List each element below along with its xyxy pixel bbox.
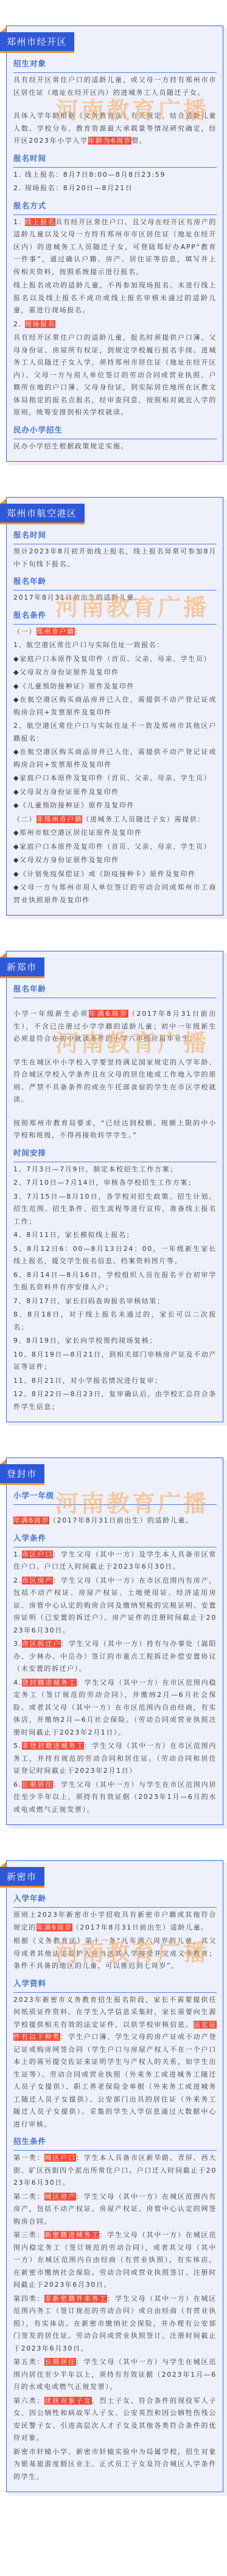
text-run: （二） [13,815,37,823]
text-run: ◆《儿童预防接种证》原件及复印件 [13,801,134,809]
paragraph: 第四类：非新密籍外来务工：学生父母（其中一方）在城区范围内务工（签订规范的劳动合… [13,2293,217,2355]
text-run: 6. [13,1781,22,1789]
paragraph: ◆家庭户口本原件及复印件（首页、父亲、母亲、学生页） [13,653,217,666]
paragraph: ◆父母双方身份证原件及复印件 [13,666,217,679]
paragraph: 7、8月17日，家长扫码查询报名审核结果； [13,1295,217,1308]
paragraph: 5、8月12日6：00—8月13日24：00，一年级新生家长线上报名，提交学生报… [13,1243,217,1268]
text-run: 第二类： [13,2193,44,2201]
section-heading: 入学条件 [13,1532,217,1547]
paragraph: 8、8月18日，对于线上报名未通过的，家长可以二次报名； [13,1309,217,1334]
paragraph: 12、8月22日—8月23日，复审确认后，由学校汇总符合条件学生信息； [13,1388,217,1413]
text-run: 线上报名成功的适龄儿童，不再参加现场报名。未进行线上报名以及线上报名不成功或线上… [13,281,217,314]
section-heading: 小学一年级 [13,1490,217,1505]
highlight-label: 市区拆迁户 [22,1640,61,1648]
text-run: 新密市轩辕小学、新密市轩辕实验中为局属学校，招生对象为银基旅游度假区业主、正式员… [13,2448,217,2481]
highlight-label: 登封籍进城务工 [22,1679,77,1687]
text-run: 12、8月22日—8月23日，复审确认后，由学校汇总符合条件学生信息； [13,1390,217,1411]
paragraph: 6.长期居住：学生父母（其中一方）与学生在市区范围内居住至少半年以上，须持有有效… [13,1779,217,1817]
highlight-label: 非新密籍外来务工 [44,2295,107,2303]
paragraph: 6、8月14日—8月16日，学校组织人员在报名平台初审学生报名资料并有序安排入户… [13,1269,217,1294]
paragraph: 按照郑州市教育局要求，“已经达到校额、班额上限的中小学校和班级，不得再接收转学学… [13,1117,217,1142]
text-run: 10、8月19日—8月21日，到相关部门审核房产证及不动产证等证件； [13,1351,217,1371]
district-card-body: 郑州市航空港区报名时间预计2023年8月初开始线上报名，线上报名异常可参加8月中… [6,497,223,916]
highlight-label: 市区户口 [22,1550,53,1558]
paragraph: 具有经开区常住户口的适龄儿童，报名时须提供户口簿、父母身份证、房屋所有权证，到规… [13,332,217,419]
text-run: 民办小学招生根据政策规定实施。 [13,442,128,450]
paragraph: ◆父母双方身份证原件及复印件 [13,854,217,867]
article-page: 郑州市经开区招生对象具有经开区常住户口的适龄儿童，或父母一方持有郑州市市区居住证… [0,0,227,2576]
text-run: 第一类： [13,2154,44,2162]
paragraph: 4.登封籍进城务工：学生父母（其中一方）在市区范围内稳定务工（签订规范的劳动合同… [13,1677,217,1739]
text-run: ：学生父母（其中一方）在市区范围内有房产，包括不动产权证、房屋产权证、土地使用证… [13,1577,217,1634]
paragraph: 学生在城区中小学校入学要坚持满足国家规定的入学年龄、符合城区学校入学条件且在父母… [13,1057,217,1106]
paragraph: ◆父母双方身份证原件及复印件 [13,786,217,799]
text-run: 9、8月19日，家长向学校预约现场复核； [13,1337,157,1345]
paragraph: 根据《义务教育法》第十一条“凡年满六周岁的儿童，其父母或者其他法定监护人应当送其… [13,1935,217,1973]
text-run: 5. [13,1742,22,1750]
text-run: 具有经开区常住户口的适龄儿童，报名时须提供户口簿、父母身份证、房屋所有权证，到规… [13,334,217,416]
text-run: 1、7月3日—7月9日，制定本校招生工作方案； [13,1165,178,1173]
highlight-label: 非登封籍进城务工 [22,1742,85,1750]
paragraph: （一）郑州市户籍： [13,626,217,639]
text-run: ◆《计划免疫保偿证》或《防疫接种卡》原件及复印件 [13,870,196,878]
text-run: ◆《儿童预防接种证》原件及复印件 [13,682,134,690]
district-card-body: 登封市小学一年级年满6周岁（2017年8月31日前出生）的适龄儿童。入学条件1.… [6,1458,223,1825]
spacer [13,1505,217,1513]
highlight-label: 优抚对象子女 [44,2397,91,2405]
text-run: 4. [13,1679,22,1687]
highlight-label: 线上报名 [25,218,55,226]
text-run: 第三类： [13,2231,44,2239]
paragraph: 民办小学招生根据政策规定实施。 [13,440,217,453]
district-title-tag: 郑州市经开区 [0,32,74,53]
paragraph: 新密市轩辕小学、新密市轩辕实验中为局属学校，招生对象为银基旅游度假区业主、正式员… [13,2446,217,2484]
spacer [13,998,217,1007]
text-run: 具有经开区常住户口的适龄儿童，或父母一方持有郑州市市区居住证（地址在经开区内）的… [13,76,217,97]
section-heading: 报名年龄 [13,575,217,591]
text-run: ◆在航空港区购买商品房并已入住，需提供不动产登记证或购房合同+发票原件及复印件 [13,696,217,716]
paragraph: 2023年新密市义务教育招生报名阶段，家长不需要提供任何纸质证件资料。在学生入学… [13,1994,217,2131]
section-heading: 报名时间 [13,152,217,168]
text-run: ◆父母一方与郑州市用人单位签订的劳动合同或郑州市工商营业执照原件及复印件 [13,883,217,904]
paragraph: 5.非登封籍进城务工：学生父母（其中一方）在市区范围内务工，并持有规范的劳动合同… [13,1740,217,1778]
text-run: 根据《义务教育法》第十一条“凡年满六周岁的儿童，其父母或者其他法定监护人应当送其… [13,1937,217,1970]
text-run: 3. [13,1640,22,1648]
district-card-body: 郑州市经开区招生对象具有经开区常住户口的适龄儿童，或父母一方持有郑州市市区居住证… [6,26,223,462]
paragraph: ◆家庭户口本原件及复印件（首页、父亲、母亲、学生页） [13,841,217,854]
section-heading: 招生对象 [13,58,217,73]
paragraph: 原则上2023年新密市小学招收具有新密市户籍或其他符合规定的年满6周岁（2017… [13,1909,217,1934]
text-run: （2017年8月31日前出生）的适龄儿童。 [49,1516,194,1524]
spacer [13,100,217,109]
tag-corner-decoration [0,953,6,957]
paragraph: 第二类：城区房产：学生父母（其中一方）在城区范围内有房产，包括不动产权证、房屋产… [13,2191,217,2228]
highlight-label: 城区房产 [44,2193,75,2201]
paragraph: ◆郑州市航空港区居住证原件及复印件 [13,827,217,840]
text-run: （进城务工人员随迁子女）需提供： [82,815,205,823]
highlight-label: 年满6周岁 [89,1010,128,1018]
paragraph: 年满6周岁（2017年8月31日前出生）的适龄儿童。 [13,1515,217,1527]
tag-corner-decoration [0,499,6,504]
text-run: 2、7月10日—7月14日，审核各学校招生工作方案； [13,1179,196,1187]
paragraph: 2、7月10日—7月14日，审核各学校招生工作方案； [13,1177,217,1190]
district-title-tag: 登封市 [0,1464,44,1485]
text-run: 按照郑州市教育局要求，“已经达到校额、班额上限的中小学校和班级，不得再接收转学学… [13,1119,217,1140]
section-heading: 报名时间 [13,529,217,544]
paragraph: 11、8月21日，对小学报名情况进行复审； [13,1375,217,1388]
tag-corner-decoration [0,27,6,32]
section-heading: 报名方式 [13,200,217,215]
text-run: （一） [13,628,37,635]
text-run: ◆家庭户口本原件及复印件（首页、父亲、母亲、学生页） [13,655,211,663]
paragraph: 2017年8月31日前出生的适龄儿童。 [13,592,217,605]
text-run: ◆家庭户口本原件及复印件（首页、父亲、母亲、学生页） [13,774,211,782]
spacer [13,1108,217,1116]
tag-corner-decoration [0,1459,6,1464]
paragraph: 第一类：城区户口：学生本人具备市区新华路、青屏、西大街、矿区西街四个派出所常住户… [13,2152,217,2190]
text-run: 1. [13,1550,22,1558]
text-run: ◆父母双方身份证原件及复印件 [13,788,119,796]
paragraph: 2、航空港区常住户口与实际住址不一致及郑州市其他区户籍报名： [13,720,217,745]
paragraph: ◆在航空港区购买商品房并已入住，需提供不动产登记证或购房合同+发票原件及复印件 [13,746,217,771]
text-run: 2. 现场报名：8月20日—8月21日 [13,184,133,192]
paragraph: （二）非郑州市户籍（进城务工人员随迁子女）需提供： [13,814,217,826]
paragraph: 2.市区房产：学生父母（其中一方）在市区范围内有房产，包括不动产权证、房屋产权证… [13,1575,217,1637]
highlight-label: 新密籍进城务工 [44,2231,99,2239]
text-run: 7、8月17日，家长扫码查询报名审核结果； [13,1297,165,1305]
paragraph: 第六类：优抚对象子女。烈士子女、符合条件的现役军人子女、因公牺牲和病故军人子女、… [13,2395,217,2445]
text-run: ◆家庭户口本原件及复印件（首页、父亲、母亲、学生页） [13,843,211,851]
tag-corner-decoration [0,1862,6,1867]
district-card: 新郑市报名年龄小学一年级新生必须年满6周岁（2017年8月31日前出生），不含已… [6,951,223,1422]
text-run: 8、8月18日，对于线上报名未通过的，家长可以二次报名； [13,1310,217,1331]
text-run: 6、8月14日—8月16日，学校组织人员在报名平台初审学生报名资料并有序安排入户… [13,1271,217,1292]
paragraph: 3、7月15日—8月10日，各学校对招生政策、招生计划、招生范围、招生条件、招生… [13,1191,217,1228]
paragraph: 1、航空港区常住户口与实际住址一致报名： [13,639,217,652]
district-card: 郑州市航空港区报名时间预计2023年8月初开始线上报名，线上报名异常可参加8月中… [6,497,223,916]
text-run: ◆父母双方身份证原件及复印件 [13,668,119,676]
paragraph: 1.市区户口：学生父母（其中一方）及学生本人具备市区常住户口。户口迁入时间截止于… [13,1549,217,1574]
text-run: ：学生户口簿、学生父母的房产证或不动产登记证或购房网签合同（学生户口与房屋产权人… [13,2033,217,2128]
section-heading: 报名条件 [13,609,217,625]
paragraph: 10、8月19日—8月21日，到相关部门审核房产证及不动产证等证件； [13,1349,217,1374]
paragraph: 第三类：新密籍进城务工：学生父母（其中一方）在城区范围内稳定务工（签订规范的劳动… [13,2229,217,2292]
text-run: 整。 [131,137,147,145]
text-run: 第六类： [13,2397,44,2405]
paragraph: 2. 现场报名：8月20日—8月21日 [13,182,217,195]
spacer [13,1047,217,1055]
paragraph: 1. 线上报名具有经开区常住户口、且父母在经开区有房产的适龄儿童以及父母一方持有… [13,216,217,279]
paragraph: ◆在航空港区购买商品房并已入住，需提供不动产登记证或购房合同+发票原件及复印件 [13,694,217,719]
highlight-label: 城区户口 [44,2154,75,2162]
section-heading: 时间安排 [13,1147,217,1162]
text-run: ◆郑州市航空港区居住证原件及复印件 [13,829,142,837]
paragraph: 2. 现场报名 [13,318,217,331]
text-run: ：学生父母（其中一方）在城区范围内稳定务工（签订规范的劳动合同），或者其父母（其… [13,2231,217,2289]
paragraph: 1. 线上报名：8月7日8:00—8月8日23:59 [13,169,217,182]
text-run: 1、航空港区常住户口与实际住址一致报名： [13,641,164,649]
text-run: 小学一年级新生必须 [13,1010,89,1018]
district-title-tag: 新郑市 [0,957,44,978]
text-run: 2. [13,1577,22,1584]
text-run: 1. [13,218,25,226]
text-run: 第五类： [13,2358,44,2366]
district-title-tag: 新密市 [0,1867,44,1888]
text-run: 5、8月12日6：00—8月13日24：00，一年级新生家长线上报名，提交学生报… [13,1245,217,1266]
paragraph: ◆《儿童预防接种证》原件及复印件 [13,680,217,693]
paragraph: 9、8月19日，家长向学校预约现场复核； [13,1335,217,1348]
paragraph: 具体入学年龄根据《义务教育法》有关规定，结合适龄儿童人数、学校分布、教育资源最大… [13,110,217,148]
text-run: ：学生父母（其中一方）在城区范围内务工（签订规范的劳动合同）或自由经商（有营业执… [13,2295,217,2352]
text-run: 4、8月11日，家长模拟线上报名； [13,1231,134,1239]
paragraph: ◆家庭户口本原件及复印件（首页、父亲、母亲、学生页） [13,772,217,785]
district-card-body: 新密市入学年龄原则上2023年新密市小学招收具有新密市户籍或其他符合规定的年满6… [6,1860,223,2492]
section-heading: 入学资料 [13,1978,217,1993]
highlight-label: 非郑州市户籍 [37,815,83,823]
text-run: ： [75,628,83,635]
paragraph: 1、7月3日—7月9日，制定本校招生工作方案； [13,1163,217,1176]
paragraph: 预计2023年8月初开始线上报名，线上报名异常可参加8月中下旬线下报名。 [13,546,217,570]
section-heading: 报名年龄 [13,983,217,998]
text-run: 3、7月15日—8月10日，各学校对招生政策、招生计划、招生范围、招生条件、招生… [13,1193,217,1225]
text-run: ◆在航空港区购买商品房并已入住，需提供不动产登记证或购房合同+发票原件及复印件 [13,748,217,769]
section-heading: 招生条件 [13,2136,217,2151]
text-run: 1. 线上报名：8月7日8:00—8月8日23:59 [13,171,166,179]
highlight-label: 年满6周岁 [13,1516,49,1524]
paragraph: 具有经开区常住户口的适龄儿童，或父母一方持有郑州市市区居住证（地址在经开区内）的… [13,74,217,99]
section-heading: 民办小学招生 [13,424,217,439]
paragraph: ◆父母一方与郑州市用人单位签订的劳动合同或郑州市工商营业执照原件及复印件 [13,882,217,906]
district-title-tag: 郑州市航空港区 [0,504,85,524]
text-run: 预计2023年8月初开始线上报名，线上报名异常可参加8月中下旬线下报名。 [13,547,217,568]
highlight-label: 年满6周岁 [37,1923,72,1931]
paragraph: ◆《计划免疫保偿证》或《防疫接种卡》原件及复印件 [13,868,217,881]
district-card-body: 新郑市报名年龄小学一年级新生必须年满6周岁（2017年8月31日前出生），不含已… [6,951,223,1422]
paragraph: 4、8月11日，家长模拟线上报名； [13,1229,217,1242]
highlight-label: 郑州市户籍 [37,628,75,635]
highlight-label: 长期居住 [22,1781,53,1789]
highlight-label: 长期居住 [44,2358,75,2366]
text-run: 2017年8月31日前出生的适龄儿童。 [13,594,142,601]
text-run: 2、航空港区常住户口与实际住址不一致及郑州市其他区户籍报名： [13,722,217,742]
text-run: ：学生父母（其中一方）在市区范围内稳定务工（签订规范的劳动合同），并缴纳2月—6… [13,1679,217,1736]
district-card: 郑州市经开区招生对象具有经开区常住户口的适龄儿童，或父母一方持有郑州市市区居住证… [6,26,223,462]
text-run: （2017年8月31日前出生）适龄儿童。 [72,1923,209,1931]
paragraph: 第五类：长期居住：学生父母（其中一方）与学生在城区范围内居住至少半年以上，须持有… [13,2356,217,2394]
text-run: ◆父母双方身份证原件及复印件 [13,856,119,864]
section-heading: 入学年龄 [13,1893,217,1908]
text-run: 具有经开区常住户口、且父母在经开区有房产的适龄儿童以及父母一方持有郑州市市区居住… [13,218,217,276]
text-run: 2. [13,320,25,328]
district-card: 登封市小学一年级年满6周岁（2017年8月31日前出生）的适龄儿童。入学条件1.… [6,1458,223,1825]
district-card: 新密市入学年龄原则上2023年新密市小学招收具有新密市户籍或其他符合规定的年满6… [6,1860,223,2492]
paragraph: 3.市区拆迁户：学生父母（其中一方）持有与办事处（嵩阳办、少林办、中岳办）签订的… [13,1638,217,1676]
text-run: 第四类： [13,2295,44,2303]
paragraph: ◆《儿童预防接种证》原件及复印件 [13,800,217,812]
paragraph: 线上报名成功的适龄儿童，不再参加现场报名。未进行线上报名以及线上报名不成功或线上… [13,279,217,317]
text-run: 2023年新密市义务教育招生报名阶段，家长不需要提供任何纸质证件资料。在学生入学… [13,1996,217,2029]
highlight-label: 市区房产 [22,1577,53,1584]
highlight-label: 现场报名 [25,320,55,328]
text-run: 学生在城区中小学校入学要坚持满足国家规定的入学年龄、符合城区学校入学条件且在父母… [13,1058,217,1104]
paragraph: 小学一年级新生必须年满6周岁（2017年8月31日前出生），不含已注册过小学学籍… [13,1008,217,1046]
text-run: 11、8月21日，对小学报名情况进行复审； [13,1377,162,1385]
highlight-label: 年龄为6周岁 [88,137,132,145]
